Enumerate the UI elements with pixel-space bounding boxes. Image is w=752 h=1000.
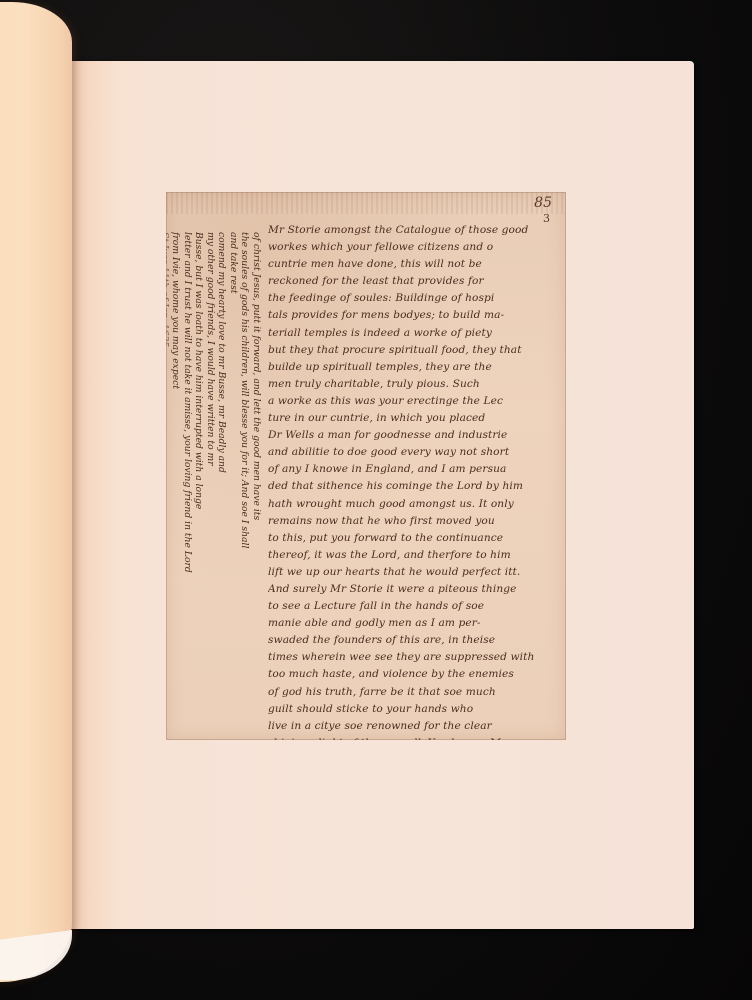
date-line: St Ives 11th of Jan. 1635 [166,232,170,732]
margin-line: and take rest [228,232,240,732]
letter-line: ture in our cuntrie, in which you placed [268,410,560,427]
letter-line: lift we up our hearts that he would perf… [268,564,560,581]
letter-line: teriall temples is indeed a worke of pie… [268,325,560,342]
letter-line: tals provides for mens bodyes; to build … [268,307,560,324]
letter-line: Dr Wells a man for goodnesse and industr… [268,427,560,444]
letter-line: to see a Lecture fall in the hands of so… [268,598,560,615]
letter-line: live in a citye soe renowned for the cle… [268,718,560,735]
letter-line: cuntrie men have done, this will not be [268,256,560,273]
letter-line: and abilitie to doe good every way not s… [268,444,560,461]
letter-line: times wherein wee see they are suppresse… [268,649,560,666]
letter-line: reckoned for the least that provides for [268,273,560,290]
letter-line: men truly charitable, truly pious. Such [268,376,560,393]
margin-line: of christ Jesus, putt it forward, and le… [251,232,263,732]
folio-main: 85 [534,195,552,211]
letter-line: workes which your fellowe citizens and o [268,239,560,256]
letter-line: shininge light of the gospell. You knowe… [268,735,560,740]
margin-line: from Ivie, whome you may expect [170,232,182,732]
letter-line: remains now that he who first moved you [268,513,560,530]
letter-line: but they that procure spirituall food, t… [268,342,560,359]
letter-line: to this, put you forward to the continua… [268,530,560,547]
letter-line: And surely Mr Storie it were a piteous t… [268,581,560,598]
letter-line: the feedinge of soules: Buildinge of hos… [268,290,560,307]
letter-line: guilt should sticke to your hands who [268,701,560,718]
margin-postscript: of christ Jesus, putt it forward, and le… [172,232,262,732]
margin-line: my other good friends, I would have writ… [205,232,217,732]
manuscript-facsimile-plate: 85 3 of christ Jesus, putt it forward, a… [166,192,566,740]
letter-line: ded that sithence his cominge the Lord b… [268,478,560,495]
margin-line: the soules of gods his children, will bl… [239,232,251,732]
book-page-left-curl [0,2,72,982]
letter-line: swaded the founders of this are, in thei… [268,632,560,649]
letter-line: Mr Storie amongst the Catalogue of those… [268,222,560,239]
margin-line: comend my hearty love to mr Busse, mr Be… [216,232,228,732]
letter-line: builde up spirituall temples, they are t… [268,359,560,376]
letter-line: too much haste, and violence by the enem… [268,666,560,683]
letter-line: thereof, it was the Lord, and therfore t… [268,547,560,564]
letter-line: of any I knowe in England, and I am pers… [268,461,560,478]
letter-line: manie able and godly men as I am per- [268,615,560,632]
margin-text-rotated: of christ Jesus, putt it forward, and le… [172,232,262,732]
letter-line: a worke as this was your erectinge the L… [268,393,560,410]
margin-line: Busse, but I was loath to have him inter… [193,232,205,732]
margin-line: letter and I trust he will not take it a… [182,232,194,732]
letter-line: of god his truth, farre be it that soe m… [268,684,560,701]
letter-body: Mr Storie amongst the Catalogue of those… [268,222,560,740]
letter-line: hath wrought much good amongst us. It on… [268,496,560,513]
plate-texture [166,192,566,214]
